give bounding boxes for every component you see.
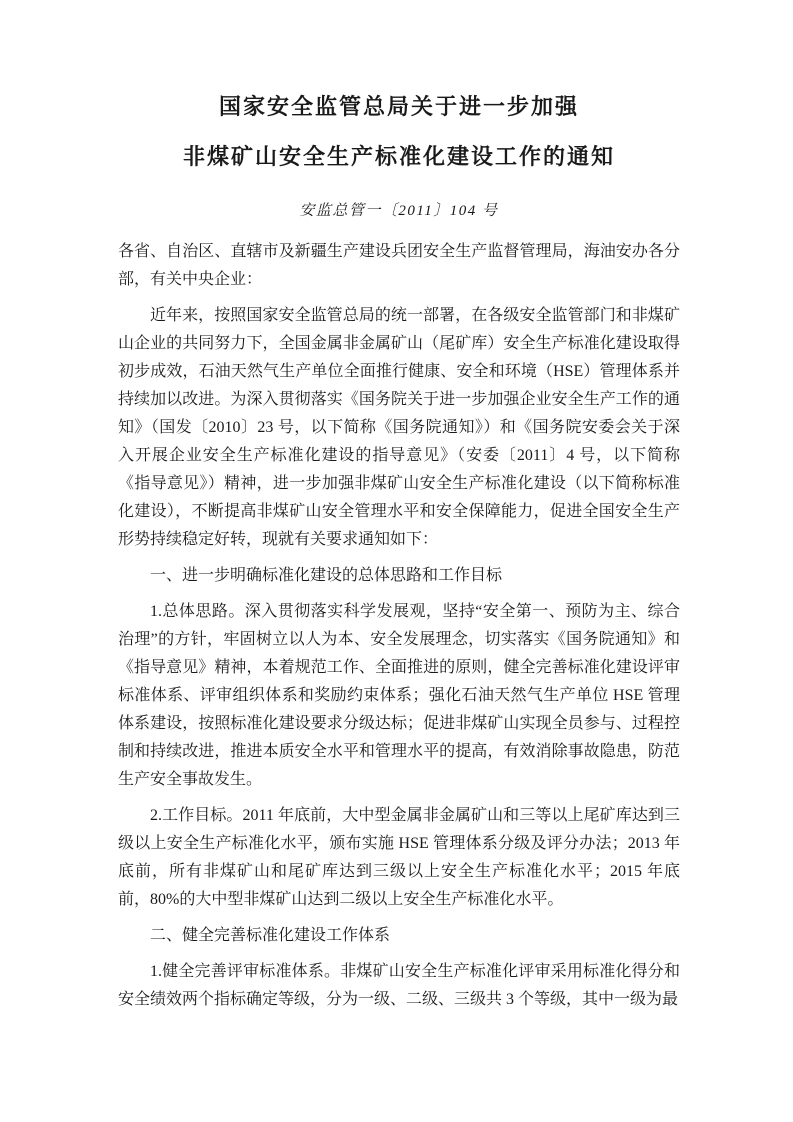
section-heading-2: 二、健全完善标准化建设工作体系: [118, 922, 680, 950]
document-page: 国家安全监管总局关于进一步加强 非煤矿山安全生产标准化建设工作的通知 安监总管一…: [0, 0, 793, 1122]
document-number: 安监总管一〔2011〕104 号: [118, 200, 680, 222]
section-heading-1: 一、进一步明确标准化建设的总体思路和工作目标: [118, 562, 680, 590]
body-paragraph: 1.健全完善评审标准体系。非煤矿山安全生产标准化评审采用标准化得分和安全绩效两个…: [118, 958, 680, 1014]
document-title-line-2: 非煤矿山安全生产标准化建设工作的通知: [118, 132, 680, 182]
document-content: 国家安全监管总局关于进一步加强 非煤矿山安全生产标准化建设工作的通知 安监总管一…: [0, 0, 793, 1122]
addressee-paragraph: 各省、自治区、直辖市及新疆生产建设兵团安全生产监督管理局，海油安办各分部，有关中…: [118, 238, 680, 294]
document-title-line-1: 国家安全监管总局关于进一步加强: [118, 82, 680, 132]
body-paragraph: 1.总体思路。深入贯彻落实科学发展观，坚持“安全第一、预防为主、综合治理”的方针…: [118, 598, 680, 794]
body-paragraph: 2.工作目标。2011 年底前，大中型金属非金属矿山和三等以上尾矿库达到三级以上…: [118, 802, 680, 914]
body-paragraph: 近年来，按照国家安全监管总局的统一部署，在各级安全监管部门和非煤矿山企业的共同努…: [118, 302, 680, 554]
